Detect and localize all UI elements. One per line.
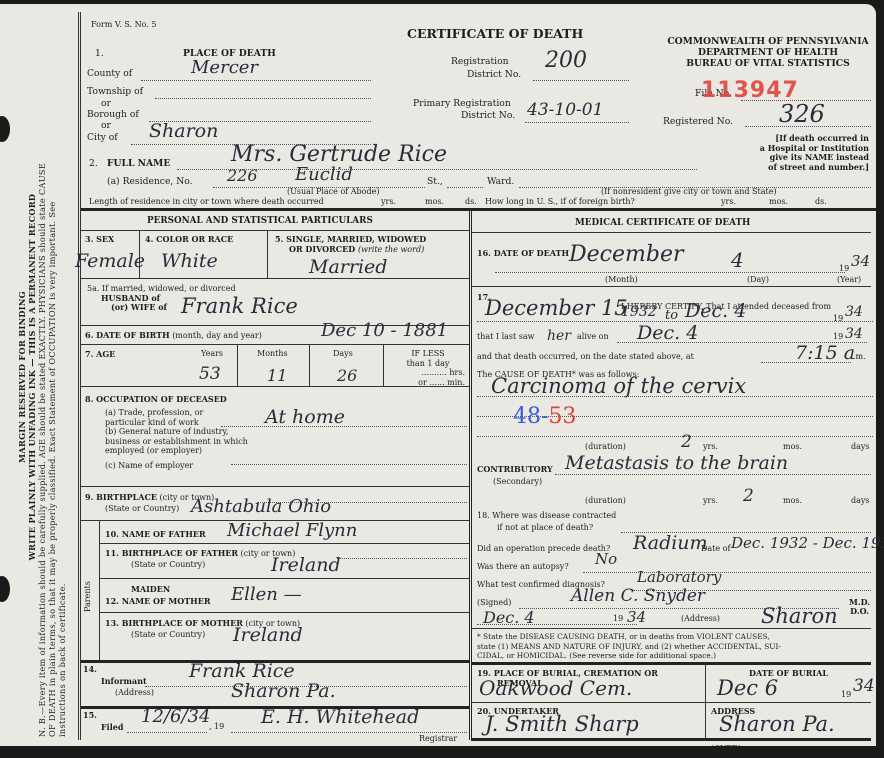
- label-line: than 1 day: [387, 359, 469, 369]
- abode-caption: (Usual Place of Abode): [287, 187, 379, 196]
- attended-from-year-field[interactable]: 1932: [621, 304, 657, 320]
- occupation-trade-field[interactable]: At home: [265, 406, 345, 428]
- label-line: employed (or employer): [105, 446, 248, 456]
- year-prefix: 19: [613, 614, 623, 623]
- label-line: OR DIVORCED: [289, 244, 355, 254]
- less-than-day-label: IF LESS than 1 day .......... hrs. or ..…: [387, 349, 469, 387]
- physician-signature-field[interactable]: Allen C. Snyder: [571, 586, 705, 606]
- test-field[interactable]: Laboratory: [637, 568, 721, 586]
- operation-field[interactable]: Radium: [633, 532, 708, 554]
- township-label: Township of: [87, 86, 143, 97]
- race-label: 4. COLOR OR RACE: [145, 234, 233, 244]
- attended-from-field[interactable]: December 15: [485, 296, 628, 320]
- contracted-label: 18. Where was disease contracted if not …: [477, 510, 616, 534]
- city-field[interactable]: Sharon: [149, 120, 218, 142]
- registration-label: Registration: [451, 56, 509, 67]
- attended-to-field[interactable]: Dec. 4: [685, 300, 746, 322]
- age-label: 7. AGE: [85, 349, 115, 359]
- contributory-duration-months-field[interactable]: 2: [743, 486, 754, 506]
- year-prefix: 19: [839, 264, 849, 273]
- sex-field[interactable]: Female: [75, 250, 145, 272]
- spouse-name-field[interactable]: Frank Rice: [181, 294, 298, 318]
- or-label: or: [101, 98, 111, 109]
- primary-registration-label: District No.: [461, 110, 515, 121]
- contributory-label: CONTRIBUTORY: [477, 464, 553, 474]
- county-label: County of: [87, 68, 132, 79]
- unit-label: yrs.: [381, 197, 396, 206]
- registration-district-field[interactable]: 200: [545, 48, 587, 73]
- race-field[interactable]: White: [161, 250, 218, 272]
- sex-label: 3. SEX: [85, 234, 114, 244]
- unit-label: yrs.: [703, 496, 718, 505]
- informant-label: Informant: [101, 676, 147, 686]
- year-prefix: 19: [841, 690, 851, 699]
- age-years-field[interactable]: 53: [199, 364, 221, 384]
- certificate-title: CERTIFICATE OF DEATH: [407, 26, 583, 41]
- death-month-field[interactable]: December: [569, 242, 683, 267]
- time-in-us-label: How long in U. S., if of foreign birth?: [485, 197, 635, 206]
- code-blue: 48-: [513, 404, 548, 429]
- marital-label: 5. SINGLE, MARRIED, WIDOWED OR DIVORCED …: [275, 234, 426, 255]
- last-saw-date-field[interactable]: Dec. 4: [637, 322, 698, 344]
- margin-instructions: MARGIN RESERVED FOR BINDING WRITE PLAINL…: [6, 12, 78, 742]
- label-line: (a) Trade, profession, or: [105, 408, 248, 418]
- label-line: (State or Country): [131, 630, 205, 639]
- form-number: Form V. S. No. 5: [91, 20, 156, 29]
- md-do-label: M.D. D.O.: [849, 598, 870, 616]
- margin-line: N. B.—Every item of information should b…: [37, 17, 47, 737]
- residence-number-field[interactable]: 226: [227, 166, 258, 185]
- cause-code: 48-53: [513, 404, 576, 429]
- death-day-field[interactable]: 4: [731, 248, 744, 272]
- label-line: (c) Name of employer: [105, 461, 248, 471]
- certificate-form: Form V. S. No. 5 CERTIFICATE OF DEATH CO…: [78, 12, 874, 740]
- informant-field[interactable]: Frank Rice: [189, 660, 295, 682]
- operation-label: Did an operation precede death?: [477, 544, 610, 553]
- address-label: (Address): [681, 614, 720, 623]
- unit-label: days: [851, 496, 870, 505]
- filed-date-field[interactable]: 12/6/34: [141, 706, 210, 727]
- agency-line: COMMONWEALTH OF PENNSYLVANIA: [663, 36, 873, 47]
- date-of-birth-field[interactable]: Dec 10 - 1881: [321, 320, 448, 341]
- unit-label: mos.: [783, 442, 802, 451]
- address-label: (Address): [115, 688, 154, 697]
- registered-no-field[interactable]: 326: [779, 100, 825, 128]
- margin-line: instructions on back of certificate.: [57, 17, 67, 737]
- year-prefix: 19: [833, 314, 843, 323]
- margin-line: WRITE PLAINLY WITH UNFADING INK — THIS I…: [27, 17, 37, 737]
- unit-label: ds.: [815, 197, 827, 206]
- secondary-label: (Secondary): [493, 477, 542, 486]
- label-line: (State or Country): [105, 504, 179, 513]
- registrar-field[interactable]: E. H. Whitehead: [261, 706, 419, 728]
- occupation-label: 8. OCCUPATION OF DECEASED: [85, 394, 227, 404]
- item-number: 1.: [95, 48, 104, 59]
- margin-title: MARGIN RESERVED FOR BINDING: [17, 17, 27, 737]
- occupation-sub-labels: (a) Trade, profession, or particular kin…: [105, 408, 248, 470]
- primary-registration-field[interactable]: 43-10-01: [527, 100, 603, 120]
- autopsy-field[interactable]: No: [595, 550, 617, 568]
- marital-status-field[interactable]: Married: [309, 256, 387, 278]
- label-line: 18. Where was disease contracted: [477, 510, 616, 522]
- full-name-label: FULL NAME: [107, 158, 170, 169]
- label-line: (write the word): [358, 245, 424, 254]
- duration-label: (duration): [585, 496, 626, 505]
- label-caption: (month, day and year): [172, 331, 262, 340]
- mother-birthplace-field[interactable]: Ireland: [233, 624, 303, 646]
- signed-date-field[interactable]: Dec. 4: [483, 608, 535, 627]
- label-text: 13. BIRTHPLACE OF MOTHER: [105, 618, 243, 628]
- label-line: (State or Country): [131, 560, 205, 569]
- label-line: if not at place of death?: [477, 522, 616, 534]
- father-birthplace-label: 11. BIRTHPLACE OF FATHER (city or town): [105, 548, 295, 558]
- caption: (Day): [747, 275, 769, 284]
- unit-label: yrs.: [721, 197, 736, 206]
- burial-year-field[interactable]: 34: [853, 676, 875, 696]
- over-label: (OVER): [711, 744, 741, 753]
- months-label: Months: [257, 349, 288, 358]
- burial-place-field[interactable]: Oakwood Cem.: [479, 676, 632, 700]
- autopsy-label: Was there an autopsy?: [477, 562, 569, 571]
- caption: (Year): [837, 275, 861, 284]
- or-label: or: [101, 120, 111, 131]
- ward-label: Ward.: [487, 176, 514, 187]
- residence-street-field[interactable]: Euclid: [295, 164, 353, 185]
- pronoun-field[interactable]: her: [547, 328, 571, 344]
- length-of-residence-label: Length of residence in city or town wher…: [89, 197, 324, 206]
- agency-line: DEPARTMENT OF HEALTH: [663, 47, 873, 58]
- signed-label: (Signed): [477, 598, 511, 607]
- years-label: Years: [201, 349, 223, 358]
- county-field[interactable]: Mercer: [191, 57, 258, 78]
- duration-label: (duration): [585, 442, 626, 451]
- item-number: 2.: [89, 158, 98, 169]
- unit-label: mos.: [769, 197, 788, 206]
- death-time-field[interactable]: 7:15 a: [795, 342, 855, 364]
- residence-label: (a) Residence, No.: [107, 176, 193, 187]
- mother-name-field[interactable]: Ellen —: [231, 584, 302, 605]
- cause-of-death-field[interactable]: Carcinoma of the cervix: [491, 374, 746, 398]
- medical-heading: MEDICAL CERTIFICATE OF DEATH: [575, 218, 750, 228]
- primary-registration-label: Primary Registration: [413, 98, 511, 109]
- margin-line: OF DEATH in plain terms, so that it may …: [47, 17, 57, 737]
- birthplace-field[interactable]: Ashtabula Ohio: [191, 496, 331, 517]
- footnote-line: * State the DISEASE CAUSING DEATH, or in…: [477, 632, 781, 642]
- father-birthplace-field[interactable]: Ireland: [271, 554, 341, 576]
- undertaker-field[interactable]: J. Smith Sharp: [485, 712, 639, 736]
- signed-year-field[interactable]: 34: [627, 608, 646, 626]
- label-text: 11. BIRTHPLACE OF FATHER: [105, 548, 238, 558]
- age-days-field[interactable]: 26: [337, 366, 357, 385]
- days-label: Days: [333, 349, 353, 358]
- borough-label: Borough of: [87, 109, 139, 120]
- attended-to-year-field[interactable]: 34: [845, 304, 863, 320]
- alive-on-label: alive on: [577, 332, 609, 341]
- operation-date-field[interactable]: Dec. 1932 - Dec. 1933: [731, 534, 884, 552]
- registration-label: District No.: [467, 69, 521, 80]
- date-of-death-label: 16. DATE OF DEATH: [477, 248, 569, 258]
- contributory-cause-field[interactable]: Metastasis to the brain: [565, 452, 788, 474]
- label-line: hrs.: [449, 368, 465, 377]
- label-line: (b) General nature of industry,: [105, 427, 248, 437]
- label-line: D.O.: [849, 607, 870, 616]
- item-number: 15.: [83, 710, 97, 720]
- last-saw-label: that I last saw: [477, 332, 535, 341]
- meridiem-label: .m.: [853, 352, 866, 361]
- unit-label: mos.: [783, 496, 802, 505]
- unit-label: ds.: [465, 197, 477, 206]
- label-text: 9. BIRTHPLACE: [85, 492, 157, 502]
- undertaker-address-field[interactable]: Sharon Pa.: [719, 712, 835, 736]
- label-line: 5. SINGLE, MARRIED, WIDOWED: [275, 234, 426, 244]
- unit-label: yrs.: [703, 442, 718, 451]
- personal-heading: PERSONAL AND STATISTICAL PARTICULARS: [147, 216, 373, 226]
- unit-label: days: [851, 442, 870, 451]
- label-line: business or establishment in which: [105, 437, 248, 447]
- note-line: of street and number.]: [745, 163, 869, 173]
- label-text: 6. DATE OF BIRTH: [85, 330, 170, 340]
- st-label: St.,: [427, 176, 443, 187]
- dob-label: 6. DATE OF BIRTH (month, day and year): [85, 330, 262, 340]
- item-number: 14.: [83, 664, 97, 674]
- label-line: IF LESS: [387, 349, 469, 359]
- code-red: 53: [548, 404, 576, 429]
- city-label: City of: [87, 132, 118, 143]
- label-line: , 19: [209, 722, 224, 731]
- informant-address-field[interactable]: Sharon Pa.: [231, 680, 336, 702]
- agency-line: BUREAU OF VITAL STATISTICS: [663, 58, 873, 69]
- footnote-line: CIDAL, or HOMICIDAL. (See reverse side f…: [477, 651, 781, 661]
- footnote-line: state (1) MEANS AND NATURE OF INJURY, an…: [477, 642, 781, 652]
- nonresident-caption: (If nonresident give city or town and St…: [601, 187, 777, 196]
- father-name-label: 10. NAME OF FATHER: [105, 529, 206, 539]
- death-time-label: and that death occurred, on the date sta…: [477, 352, 694, 361]
- to-word: to: [665, 308, 678, 323]
- burial-date-field[interactable]: Dec 6: [717, 676, 778, 700]
- mother-name-label: 12. NAME OF MOTHER: [105, 596, 210, 606]
- caption: (Month): [605, 275, 638, 284]
- year-prefix: 19: [833, 332, 843, 341]
- unit-label: mos.: [425, 197, 444, 206]
- date-of-label: Date of: [701, 544, 730, 553]
- filed-label: Filed: [101, 722, 123, 732]
- death-year-field[interactable]: 34: [851, 252, 870, 270]
- father-name-field[interactable]: Michael Flynn: [227, 520, 357, 541]
- registered-no-label: Registered No.: [663, 116, 733, 127]
- hospital-note: [If death occurred in a Hospital or Inst…: [745, 134, 869, 172]
- physician-address-field[interactable]: Sharon: [761, 604, 838, 628]
- parents-label: Parents: [83, 581, 92, 612]
- last-saw-year-field[interactable]: 34: [845, 326, 863, 342]
- cause-footnote: * State the DISEASE CAUSING DEATH, or in…: [477, 632, 781, 661]
- death-certificate: MARGIN RESERVED FOR BINDING WRITE PLAINL…: [0, 4, 876, 746]
- age-months-field[interactable]: 11: [267, 366, 287, 385]
- registrar-label: Registrar: [419, 734, 457, 743]
- agency-block: COMMONWEALTH OF PENNSYLVANIA DEPARTMENT …: [663, 36, 873, 69]
- label-line: MAIDEN: [131, 584, 170, 594]
- primary-duration-years-field[interactable]: 2: [681, 432, 692, 452]
